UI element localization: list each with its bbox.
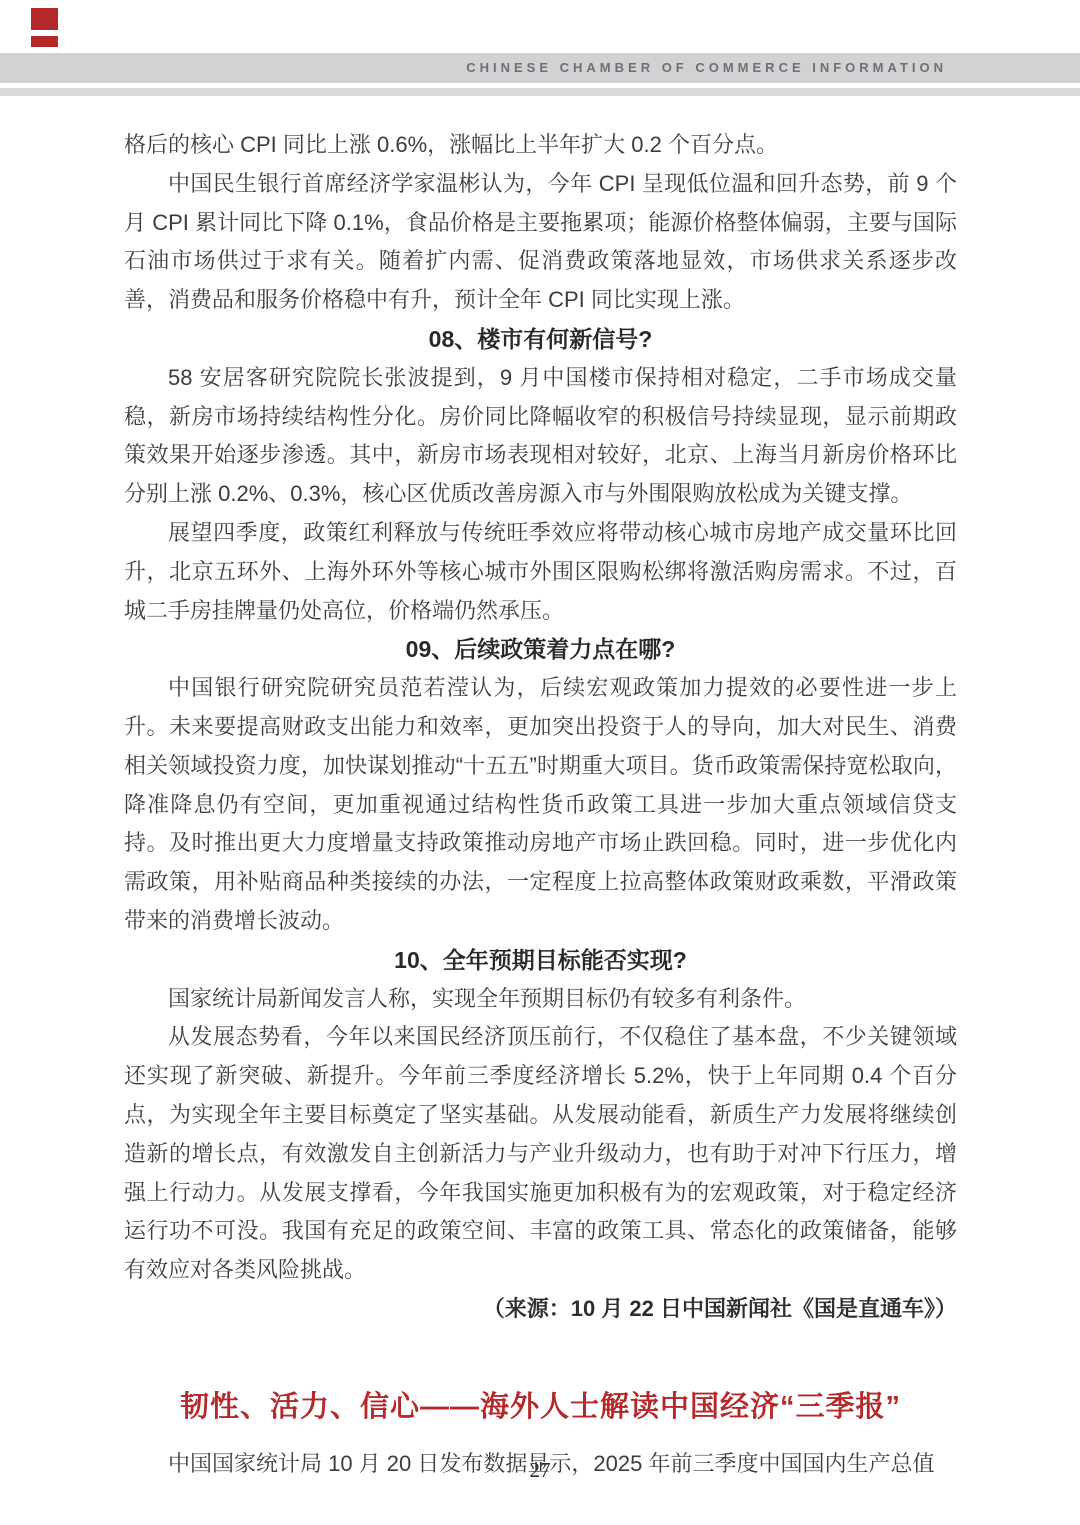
publication-logo [31, 8, 58, 47]
paragraph-target-1: 国家统计局新闻发言人称，实现全年预期目标仍有较多有利条件。 [124, 980, 957, 1019]
paragraph-wenbin-analysis: 中国民生银行首席经济学家温彬认为，今年 CPI 呈现低位温和回升态势，前 9 个… [124, 165, 957, 320]
section-heading-09: 09、后续政策着力点在哪? [124, 630, 957, 669]
page-number: 27 [0, 1458, 1080, 1483]
paragraph-policy-outlook: 中国银行研究院研究员范若滢认为，后续宏观政策加力提效的必要性进一步上升。未来要提… [124, 669, 957, 941]
document-page: CHINESE CHAMBER OF COMMERCE INFORMATION … [0, 0, 1080, 1525]
next-article-title: 韧性、活力、信心——海外人士解读中国经济“三季报” [124, 1385, 957, 1429]
header-title: CHINESE CHAMBER OF COMMERCE INFORMATION [466, 53, 947, 83]
paragraph-housing-2: 展望四季度，政策红利释放与传统旺季效应将带动核心城市房地产成交量环比回升，北京五… [124, 514, 957, 630]
paragraph-housing-1: 58 安居客研究院院长张波提到，9 月中国楼市保持相对稳定，二手市场成交量稳，新… [124, 359, 957, 514]
source-attribution: （来源：10 月 22 日中国新闻社《国是直通车》） [124, 1290, 957, 1329]
red-square-icon [31, 8, 58, 30]
red-square-icon [31, 36, 58, 47]
header-divider [0, 88, 1080, 96]
header-band: CHINESE CHAMBER OF COMMERCE INFORMATION [0, 53, 1080, 83]
article-content: 格后的核心 CPI 同比上涨 0.6%，涨幅比上半年扩大 0.2 个百分点。 中… [124, 126, 957, 1484]
section-heading-08: 08、楼市有何新信号? [124, 320, 957, 359]
paragraph-cpi-continuation: 格后的核心 CPI 同比上涨 0.6%，涨幅比上半年扩大 0.2 个百分点。 [124, 126, 957, 165]
section-heading-10: 10、全年预期目标能否实现? [124, 941, 957, 980]
paragraph-target-2: 从发展态势看，今年以来国民经济顶压前行，不仅稳住了基本盘，不少关键领域还实现了新… [124, 1018, 957, 1290]
